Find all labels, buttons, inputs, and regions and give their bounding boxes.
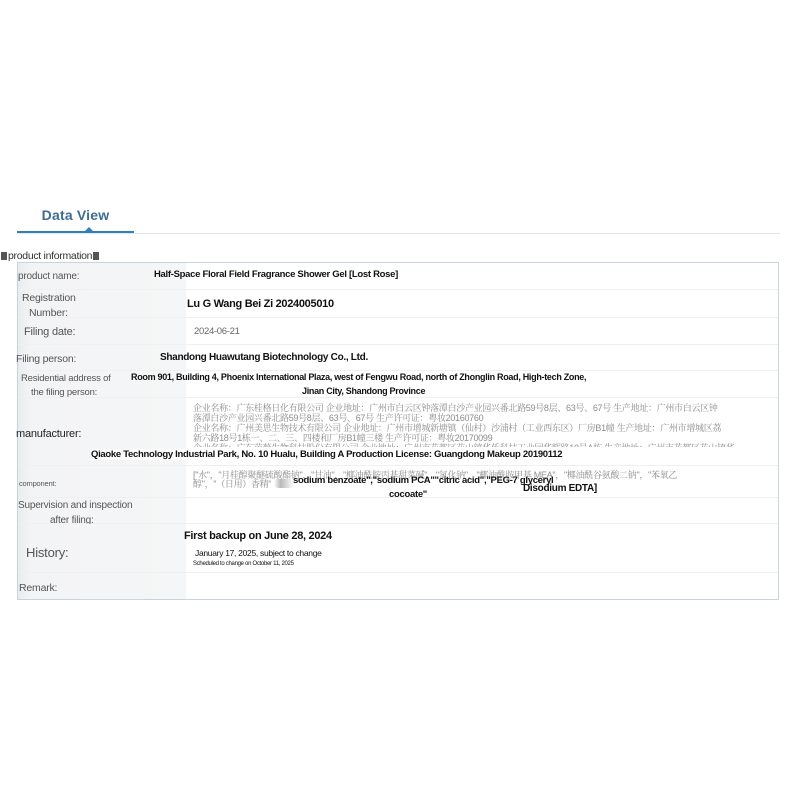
section-title: product information: [0, 250, 100, 262]
row-history: History: First backup on June 28, 2024 J…: [18, 524, 778, 573]
row-component: component: ["水"，"月桂醇聚醚硫酸酯钠"，"甘油"，"椰油酰胺丙基…: [18, 466, 778, 498]
value-history: First backup on June 28, 2024 January 17…: [186, 524, 778, 572]
row-residential-address: Residential address of the filing person…: [18, 371, 778, 398]
value-filing-date: 2024-06-21: [186, 318, 778, 344]
manufacturer-cn-line: 企业名称：广东芭薇生物科技股份有限公司 企业地址：广州市花都区花山镇华侨科技工业…: [193, 443, 758, 447]
label-text: product name:: [18, 270, 79, 283]
label-text: Filing date:: [24, 326, 75, 339]
label-filing-date: Filing date:: [18, 318, 186, 344]
label-text: Supervision and inspection: [18, 499, 132, 512]
row-filing-date: Filing date: 2024-06-21: [18, 318, 778, 345]
row-remark: Remark:: [18, 573, 778, 599]
address-line-1: Room 901, Building 4, Phoenix Internatio…: [131, 372, 586, 382]
product-info-table: product name: Half-Space Floral Field Fr…: [17, 262, 779, 600]
component-en-text: sodium benzoate","sodium PCA""citric aci…: [293, 475, 553, 486]
filing-person-text: Shandong Huawutang Biotechnology Co., Lt…: [160, 352, 368, 363]
row-registration-number: Registration Number: Lu G Wang Bei Zi 20…: [18, 290, 778, 318]
label-text: Remark:: [19, 582, 57, 595]
history-entry: January 17, 2025, subject to change: [195, 548, 322, 558]
component-en-text: Disodium EDTA]: [523, 483, 597, 494]
label-component: component:: [18, 466, 186, 497]
registration-number-text: Lu G Wang Bei Zi 2024005010: [187, 298, 334, 310]
label-text: History:: [26, 546, 68, 559]
row-filing-person: Filing person: Shandong Huawutang Biotec…: [18, 345, 778, 371]
value-manufacturer: 企业名称：广东桂格日化有限公司 企业地址：广州市白云区钟落潭白沙产业园兴番北路5…: [186, 398, 778, 465]
label-text: Filing person:: [16, 353, 76, 366]
bracket-icon: [1, 252, 7, 260]
label-registration-number: Registration Number:: [18, 290, 186, 317]
bracket-icon: [93, 252, 99, 260]
manufacturer-cn-line: 企业名称：广东桂格日化有限公司 企业地址：广州市白云区钟落潭白沙产业园兴番北路5…: [193, 403, 758, 413]
row-manufacturer: manufacturer: 企业名称：广东桂格日化有限公司 企业地址：广州市白云…: [18, 398, 778, 466]
label-text: Residential address of: [21, 372, 111, 385]
label-supervision: Supervision and inspection after filing:: [18, 498, 186, 523]
address-line-2: Jinan City, Shandong Province: [302, 386, 425, 396]
tab-bar: Data View: [17, 205, 780, 234]
tab-label: Data View: [42, 207, 110, 223]
label-text: manufacturer:: [16, 428, 81, 441]
value-filing-person: Shandong Huawutang Biotechnology Co., Lt…: [186, 345, 778, 370]
product-name-text: Half-Space Floral Field Fragrance Shower…: [154, 269, 398, 280]
value-component: ["水"，"月桂醇聚醚硫酸酯钠"，"甘油"，"椰油酰胺丙基甜菜碱"，"氯化钠"，…: [186, 466, 778, 497]
row-product-name: product name: Half-Space Floral Field Fr…: [18, 263, 778, 290]
manufacturer-cn-line: 落潭白沙产业园兴番北路59号8层、63号、67号 生产许可证：粤妆2016076…: [193, 413, 758, 423]
value-remark: [186, 573, 778, 599]
filing-date-text: 2024-06-21: [194, 326, 240, 337]
label-remark: Remark:: [18, 573, 186, 599]
active-tab-indicator: [84, 227, 94, 232]
row-supervision: Supervision and inspection after filing:: [18, 498, 778, 524]
tab-data-view[interactable]: Data View: [17, 205, 134, 233]
value-registration-number: Lu G Wang Bei Zi 2024005010: [186, 290, 778, 317]
history-entry: First backup on June 28, 2024: [184, 530, 332, 542]
history-entry: Scheduled to change on October 11, 2025: [193, 561, 294, 567]
manufacturer-cn-list: 企业名称：广东桂格日化有限公司 企业地址：广州市白云区钟落潭白沙产业园兴番北路5…: [193, 403, 758, 447]
label-text: Registration: [22, 292, 76, 305]
manufacturer-cn-line: 企业名称：广州美思生物技术有限公司 企业地址：广州市增城新塘镇（仙村）沙浦村（工…: [193, 423, 758, 433]
section-title-text: product information: [8, 250, 92, 262]
blurred-region: [274, 479, 294, 488]
manufacturer-en-text: Qiaoke Technology Industrial Park, No. 1…: [91, 449, 562, 460]
label-text: component:: [19, 477, 56, 490]
value-supervision: [186, 498, 778, 523]
label-history: History:: [18, 524, 186, 572]
manufacturer-cn-line: 新六路18号1栋一、二、三、四楼和厂房B1幢三楼 生产许可证：粤妆2017009…: [193, 433, 758, 443]
component-cn-line: 醇"，"（日用）香精": [193, 479, 271, 489]
value-product-name: Half-Space Floral Field Fragrance Shower…: [186, 263, 778, 289]
value-residential-address: Room 901, Building 4, Phoenix Internatio…: [186, 371, 778, 397]
